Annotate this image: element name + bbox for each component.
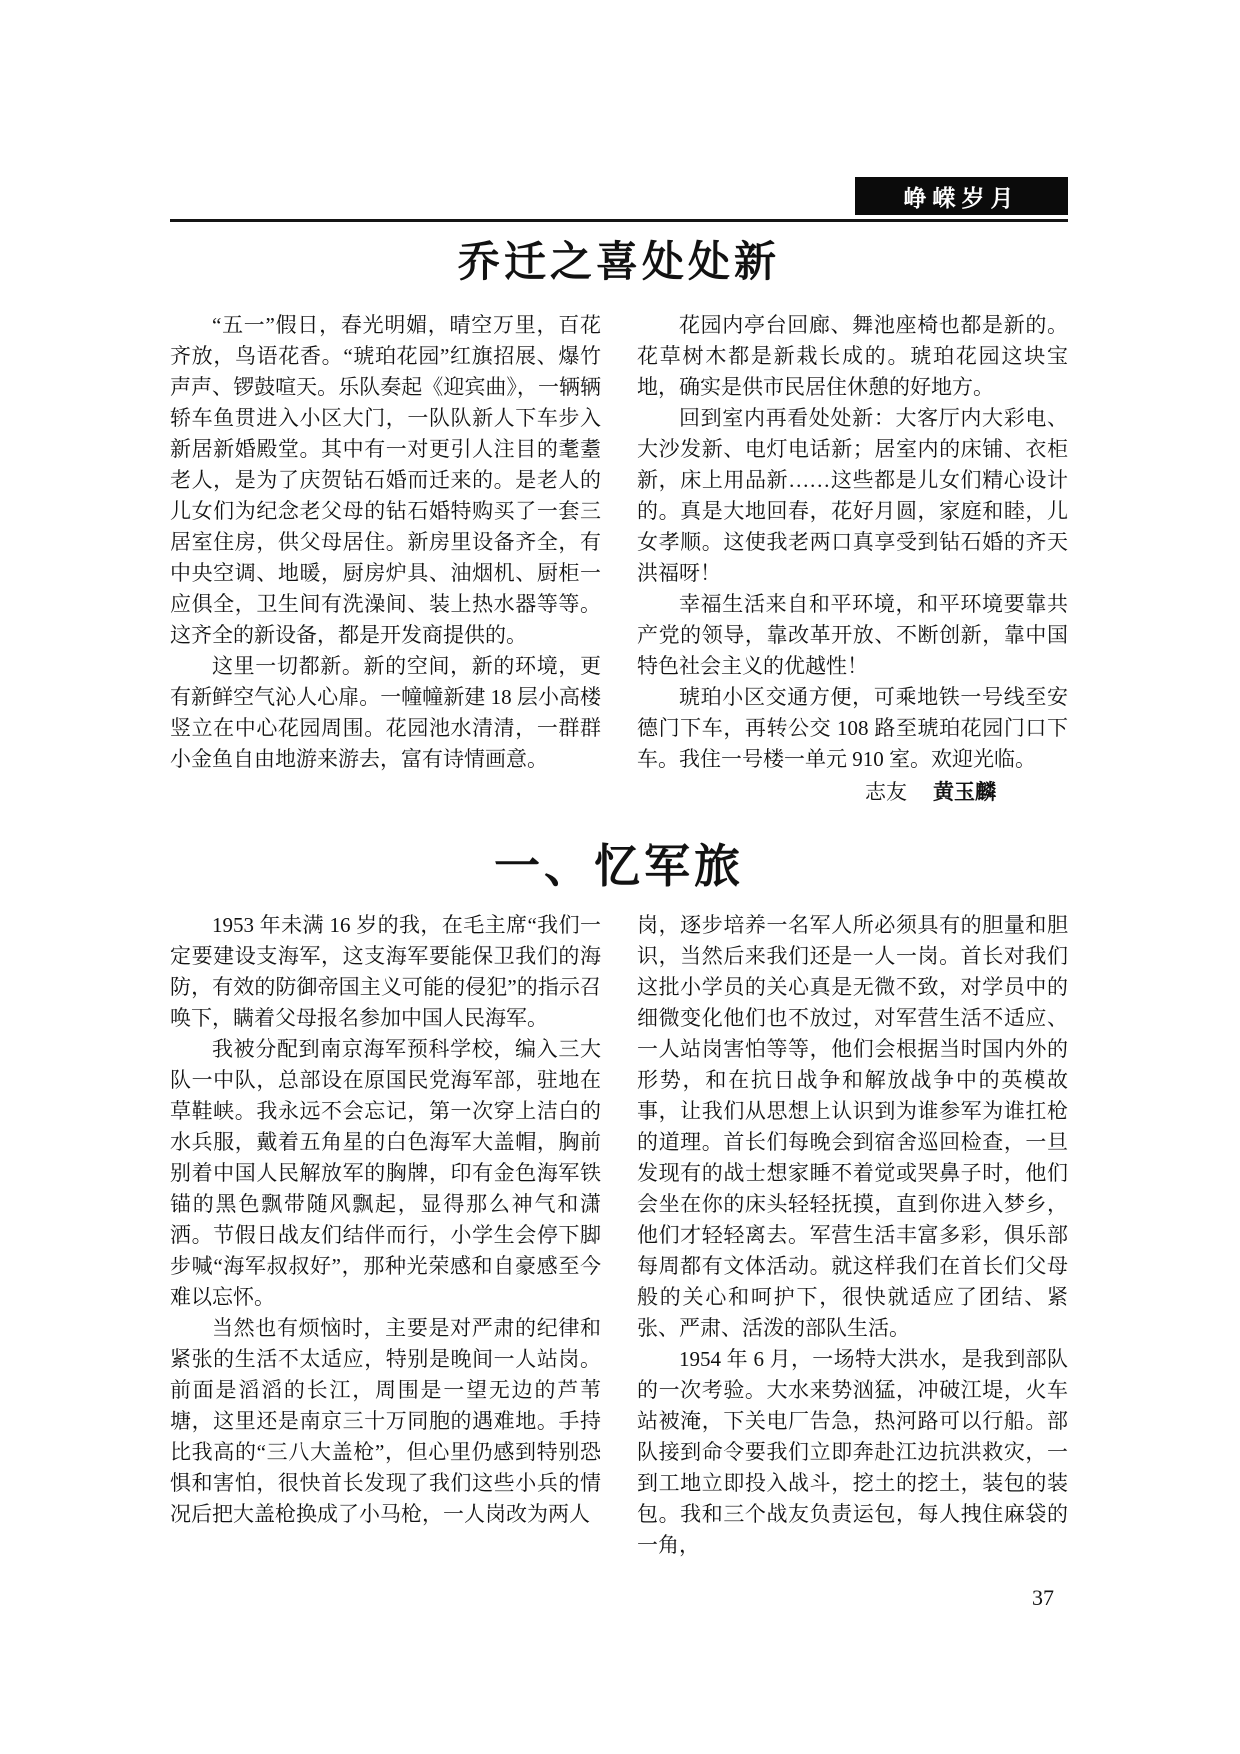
paragraph: 1953 年未满 16 岁的我，在毛主席“我们一定要建设支海军，这支海军要能保卫… (170, 910, 601, 1034)
signature-prefix: 志友 (865, 780, 907, 804)
scanned-document-page: 峥嵘岁月 乔迁之喜处处新 “五一”假日，春光明媚，晴空万里，百花齐放，鸟语花香。… (0, 0, 1240, 1754)
paragraph: 回到室内再看处处新：大客厅内大彩电、大沙发新、电灯电话新；居室内的床铺、衣柜新，… (637, 403, 1068, 589)
section-header-label: 峥嵘岁月 (904, 180, 1020, 213)
paragraph: 我被分配到南京海军预科学校，编入三大队一中队，总部设在原国民党海军部，驻地在草鞋… (170, 1034, 601, 1313)
article2-columns: 1953 年未满 16 岁的我，在毛主席“我们一定要建设支海军，这支海军要能保卫… (170, 910, 1068, 1561)
article1-title: 乔迁之喜处处新 (170, 236, 1068, 288)
author-signature: 志友黄玉麟 (637, 777, 1068, 808)
section-header-banner: 峥嵘岁月 (855, 177, 1068, 215)
paragraph: “五一”假日，春光明媚，晴空万里，百花齐放，鸟语花香。“琥珀花园”红旗招展、爆竹… (170, 310, 601, 651)
article2-left-column: 1953 年未满 16 岁的我，在毛主席“我们一定要建设支海军，这支海军要能保卫… (170, 910, 601, 1561)
paragraph: 幸福生活来自和平环境，和平环境要靠共产党的领导，靠改革开放、不断创新，靠中国特色… (637, 589, 1068, 682)
paragraph: 琥珀小区交通方便，可乘地铁一号线至安德门下车，再转公交 108 路至琥珀花园门口… (637, 682, 1068, 775)
header-divider-rule (170, 219, 1068, 222)
paragraph: 花园内亭台回廊、舞池座椅也都是新的。花草树木都是新栽长成的。琥珀花园这块宝地，确… (637, 310, 1068, 403)
page-number: 37 (170, 1585, 1068, 1611)
article1-right-column: 花园内亭台回廊、舞池座椅也都是新的。花草树木都是新栽长成的。琥珀花园这块宝地，确… (637, 310, 1068, 808)
article2-right-column: 岗，逐步培养一名军人所必须具有的胆量和胆识，当然后来我们还是一人一岗。首长对我们… (637, 910, 1068, 1561)
signature-name: 黄玉麟 (933, 780, 996, 804)
page-flow: 乔迁之喜处处新 “五一”假日，春光明媚，晴空万里，百花齐放，鸟语花香。“琥珀花园… (170, 0, 1068, 1611)
article1-columns: “五一”假日，春光明媚，晴空万里，百花齐放，鸟语花香。“琥珀花园”红旗招展、爆竹… (170, 310, 1068, 808)
article2-title: 一、忆军旅 (170, 838, 1068, 894)
paragraph: 当然也有烦恼时，主要是对严肃的纪律和紧张的生活不太适应，特别是晚间一人站岗。前面… (170, 1313, 601, 1530)
paragraph: 这里一切都新。新的空间，新的环境，更有新鲜空气沁人心扉。一幢幢新建 18 层小高… (170, 651, 601, 775)
article1-left-column: “五一”假日，春光明媚，晴空万里，百花齐放，鸟语花香。“琥珀花园”红旗招展、爆竹… (170, 310, 601, 808)
paragraph: 1954 年 6 月，一场特大洪水，是我到部队的一次考验。大水来势汹猛，冲破江堤… (637, 1344, 1068, 1561)
paragraph-continuation: 岗，逐步培养一名军人所必须具有的胆量和胆识，当然后来我们还是一人一岗。首长对我们… (637, 910, 1068, 1344)
content-area: 峥嵘岁月 乔迁之喜处处新 “五一”假日，春光明媚，晴空万里，百花齐放，鸟语花香。… (170, 0, 1068, 1611)
